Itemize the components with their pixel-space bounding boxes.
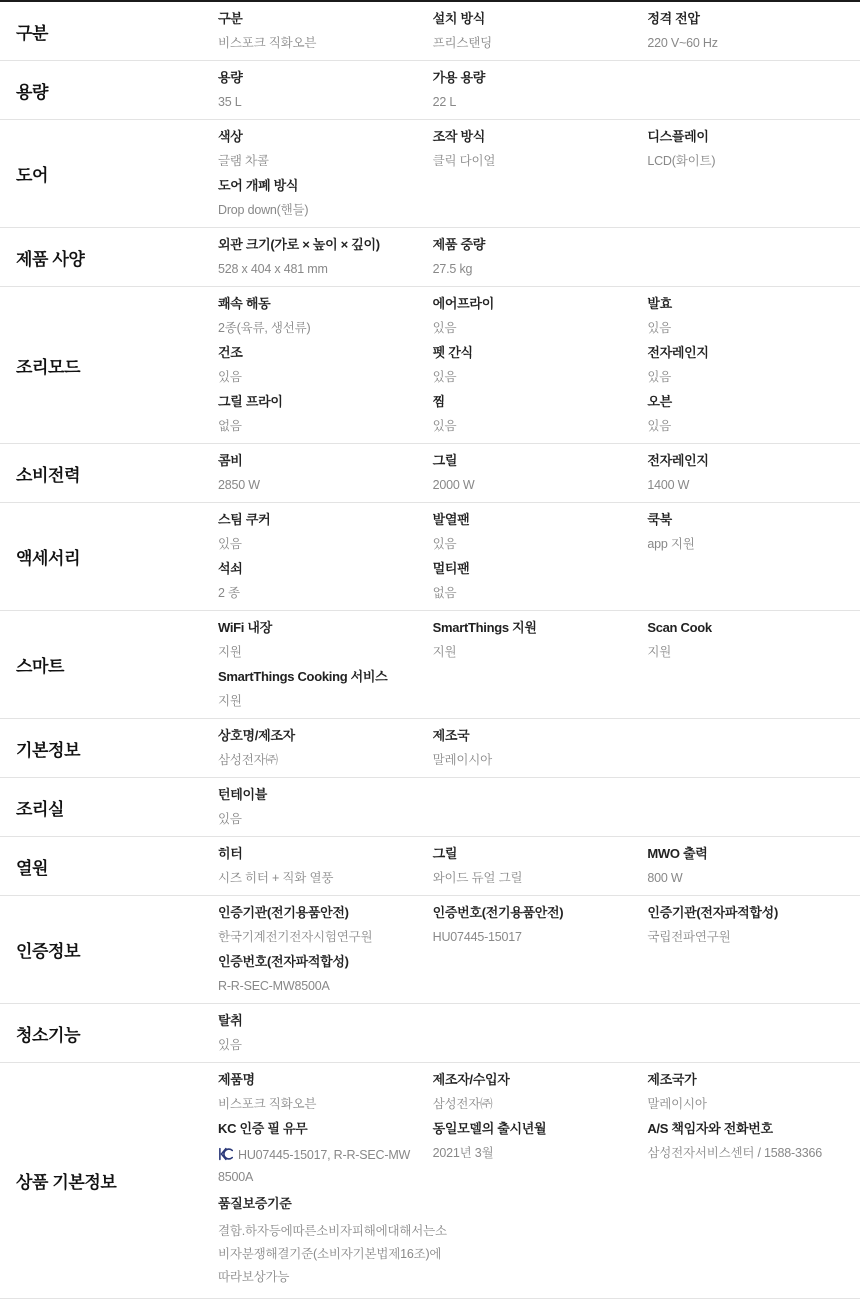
spec-label: A/S 책임자와 전화번호 xyxy=(647,1121,844,1137)
spec-label: 색상 xyxy=(218,129,415,145)
spec-section: 스마트WiFi 내장지원SmartThings 지원지원Scan Cook지원S… xyxy=(0,611,860,719)
spec-value: 시즈 히터 + 직화 열풍 xyxy=(218,870,415,886)
spec-cell: 조작 방식클릭 다이얼 xyxy=(433,129,630,169)
spec-value: 22 L xyxy=(433,94,630,110)
spec-row: 석쇠2 종멀티팬없음 xyxy=(218,561,844,601)
spec-value: 지원 xyxy=(218,644,415,660)
spec-row: 쾌속 해동2종(육류, 생선류)에어프라이있음발효있음 xyxy=(218,296,844,336)
spec-label: 정격 전압 xyxy=(647,11,844,27)
spec-label: 전자레인지 xyxy=(647,453,844,469)
spec-value-text: 지원 xyxy=(218,645,242,659)
spec-cell: 상호명/제조자삼성전자㈜ xyxy=(218,728,415,768)
spec-value-text: 말레이시아 xyxy=(433,753,492,767)
spec-label: 동일모델의 출시년월 xyxy=(433,1121,630,1137)
spec-section: 조리모드쾌속 해동2종(육류, 생선류)에어프라이있음발효있음건조있음펫 간식있… xyxy=(0,287,860,444)
spec-rows: 쾌속 해동2종(육류, 생선류)에어프라이있음발효있음건조있음펫 간식있음전자레… xyxy=(218,296,844,434)
spec-row: 그릴 프라이없음찜있음오븐있음 xyxy=(218,394,844,434)
spec-label: 석쇠 xyxy=(218,561,415,577)
spec-label: 탈취 xyxy=(218,1013,415,1029)
spec-cell: 정격 전압220 V~60 Hz xyxy=(647,11,844,51)
spec-label: 전자레인지 xyxy=(647,345,844,361)
spec-label: 제조국가 xyxy=(647,1072,844,1088)
category-label: 스마트 xyxy=(16,652,218,677)
spec-label: 히터 xyxy=(218,846,415,862)
spec-label: 용량 xyxy=(218,70,415,86)
spec-cell: WiFi 내장지원 xyxy=(218,620,415,660)
spec-value-text: 528 x 404 x 481 mm xyxy=(218,262,328,276)
spec-value-text: 2021년 3월 xyxy=(433,1146,494,1160)
spec-label: 상호명/제조자 xyxy=(218,728,415,744)
spec-value: 비스포크 직화오븐 xyxy=(218,1096,415,1112)
spec-value-text: app 지원 xyxy=(647,537,694,551)
spec-value: 결함.하자등에따른소비자피해에대해서는소 비자분쟁해결기준(소비자기본법제16조… xyxy=(218,1220,498,1289)
spec-cell: 그릴와이드 듀얼 그릴 xyxy=(433,846,630,886)
spec-value-text: 지원 xyxy=(647,645,671,659)
spec-cell: A/S 책임자와 전화번호삼성전자서비스센터 / 1588-3366 xyxy=(647,1121,844,1187)
spec-value: 있음 xyxy=(218,536,415,552)
spec-cell: 찜있음 xyxy=(433,394,630,434)
spec-rows: 스팀 쿠커있음발열팬있음쿡북app 지원석쇠2 종멀티팬없음 xyxy=(218,512,844,601)
spec-value: 없음 xyxy=(433,585,630,601)
spec-value: 한국기계전기전자시험연구원 xyxy=(218,929,415,945)
spec-rows: WiFi 내장지원SmartThings 지원지원Scan Cook지원Smar… xyxy=(218,620,844,709)
spec-label: 인증기관(전기용품안전) xyxy=(218,905,415,921)
spec-cell: 히터시즈 히터 + 직화 열풍 xyxy=(218,846,415,886)
spec-row: 상호명/제조자삼성전자㈜제조국말레이시아 xyxy=(218,728,844,768)
spec-value-text: 삼성전자서비스센터 / 1588-3366 xyxy=(647,1146,822,1160)
spec-label: 구분 xyxy=(218,11,415,27)
spec-value: 2021년 3월 xyxy=(433,1145,630,1161)
spec-label: 인증번호(전자파적합성) xyxy=(218,954,415,970)
category-label: 상품 기본정보 xyxy=(16,1168,218,1193)
spec-value-text: 지원 xyxy=(433,645,457,659)
spec-value: 1400 W xyxy=(647,477,844,493)
spec-rows: 외관 크기(가로 × 높이 × 깊이)528 x 404 x 481 mm제품 … xyxy=(218,237,844,277)
spec-cell: 펫 간식있음 xyxy=(433,345,630,385)
spec-cell: 가용 용량22 L xyxy=(433,70,630,110)
spec-value: R-R-SEC-MW8500A xyxy=(218,978,415,994)
spec-value-text: 있음 xyxy=(433,537,457,551)
spec-value: 지원 xyxy=(218,693,415,709)
spec-label: 인증기관(전자파적합성) xyxy=(647,905,844,921)
spec-cell: 건조있음 xyxy=(218,345,415,385)
spec-row: 구분비스포크 직화오븐설치 방식프리스탠딩정격 전압220 V~60 Hz xyxy=(218,11,844,51)
spec-cell: 설치 방식프리스탠딩 xyxy=(433,11,630,51)
spec-value-text: 800 W xyxy=(647,871,682,885)
spec-cell: 오븐있음 xyxy=(647,394,844,434)
spec-value-text: 220 V~60 Hz xyxy=(647,36,717,50)
spec-label: SmartThings 지원 xyxy=(433,620,630,636)
spec-value: 국립전파연구원 xyxy=(647,929,844,945)
category-label: 조리실 xyxy=(16,795,218,820)
spec-value-text: 삼성전자㈜ xyxy=(218,753,278,767)
spec-value: LCD(화이트) xyxy=(647,153,844,169)
spec-label: 펫 간식 xyxy=(433,345,630,361)
spec-label: 설치 방식 xyxy=(433,11,630,27)
spec-value-text: 말레이시아 xyxy=(647,1097,706,1111)
spec-section: 제품 사양외관 크기(가로 × 높이 × 깊이)528 x 404 x 481 … xyxy=(0,228,860,287)
spec-value-text: 시즈 히터 + 직화 열풍 xyxy=(218,871,333,885)
spec-label: 그릴 xyxy=(433,846,630,862)
spec-value: 220 V~60 Hz xyxy=(647,35,844,51)
spec-rows: 턴테이블있음 xyxy=(218,787,844,827)
spec-row: 제품명비스포크 직화오븐제조자/수입자삼성전자㈜제조국가말레이시아 xyxy=(218,1072,844,1112)
spec-value-text: 있음 xyxy=(647,370,671,384)
spec-cell: 동일모델의 출시년월2021년 3월 xyxy=(433,1121,630,1187)
spec-cell: 멀티팬없음 xyxy=(433,561,630,601)
spec-cell: KC 인증 필 유무HU07445-15017, R-R-SEC-MW8500A xyxy=(218,1121,415,1187)
spec-label: 쿡북 xyxy=(647,512,844,528)
spec-cell: 인증기관(전기용품안전)한국기계전기전자시험연구원 xyxy=(218,905,415,945)
spec-label: KC 인증 필 유무 xyxy=(218,1121,415,1137)
spec-value-text: 있음 xyxy=(218,370,242,384)
spec-value-text: 1400 W xyxy=(647,478,689,492)
spec-cell: 콤비2850 W xyxy=(218,453,415,493)
spec-value: 2 종 xyxy=(218,585,415,601)
category-label: 액세서리 xyxy=(16,544,218,569)
spec-row: 턴테이블있음 xyxy=(218,787,844,827)
spec-value-text: R-R-SEC-MW8500A xyxy=(218,979,330,993)
spec-value: 클릭 다이얼 xyxy=(433,153,630,169)
spec-value-text: 비스포크 직화오븐 xyxy=(218,1097,316,1111)
spec-label: 찜 xyxy=(433,394,630,410)
spec-value-text: LCD(화이트) xyxy=(647,154,715,168)
spec-value-text: 있음 xyxy=(433,419,457,433)
spec-section: 인증정보인증기관(전기용품안전)한국기계전기전자시험연구원인증번호(전기용품안전… xyxy=(0,896,860,1004)
spec-label: 에어프라이 xyxy=(433,296,630,312)
spec-value: 삼성전자서비스센터 / 1588-3366 xyxy=(647,1145,844,1161)
spec-label: 콤비 xyxy=(218,453,415,469)
spec-value: 있음 xyxy=(433,369,630,385)
spec-value-text: 결함.하자등에따른소비자피해에대해서는소 비자분쟁해결기준(소비자기본법제16조… xyxy=(218,1224,447,1284)
spec-section: 도어색상글램 차콜조작 방식클릭 다이얼디스플레이LCD(화이트)도어 개폐 방… xyxy=(0,120,860,228)
spec-rows: 용량35 L가용 용량22 L xyxy=(218,70,844,110)
spec-label: 발열팬 xyxy=(433,512,630,528)
spec-cell: SmartThings Cooking 서비스지원 xyxy=(218,669,415,709)
spec-cell: 외관 크기(가로 × 높이 × 깊이)528 x 404 x 481 mm xyxy=(218,237,415,277)
spec-cell: 스팀 쿠커있음 xyxy=(218,512,415,552)
spec-label: 외관 크기(가로 × 높이 × 깊이) xyxy=(218,237,415,253)
spec-row: SmartThings Cooking 서비스지원 xyxy=(218,669,844,709)
category-label: 구분 xyxy=(16,19,218,44)
spec-label: 오븐 xyxy=(647,394,844,410)
spec-value-text: 한국기계전기전자시험연구원 xyxy=(218,930,372,944)
spec-value: 있음 xyxy=(218,1037,415,1053)
spec-value: 있음 xyxy=(218,369,415,385)
spec-cell: 탈취있음 xyxy=(218,1013,415,1053)
spec-value-text: 국립전파연구원 xyxy=(647,930,730,944)
spec-section: 청소기능탈취있음 xyxy=(0,1004,860,1063)
spec-label: 도어 개폐 방식 xyxy=(218,178,415,194)
spec-value-text: 프리스탠딩 xyxy=(433,36,492,50)
spec-row: KC 인증 필 유무HU07445-15017, R-R-SEC-MW8500A… xyxy=(218,1121,844,1187)
spec-value: HU07445-15017, R-R-SEC-MW8500A xyxy=(218,1145,415,1187)
spec-section: 액세서리스팀 쿠커있음발열팬있음쿡북app 지원석쇠2 종멀티팬없음 xyxy=(0,503,860,611)
spec-value: 있음 xyxy=(433,536,630,552)
spec-value-text: 27.5 kg xyxy=(433,262,473,276)
spec-cell: SmartThings 지원지원 xyxy=(433,620,630,660)
spec-cell: 구분비스포크 직화오븐 xyxy=(218,11,415,51)
spec-label: Scan Cook xyxy=(647,620,844,636)
spec-cell: 도어 개폐 방식Drop down(핸들) xyxy=(218,178,415,218)
spec-cell: 제조자/수입자삼성전자㈜ xyxy=(433,1072,630,1112)
spec-label: MWO 출력 xyxy=(647,846,844,862)
spec-label: 제품명 xyxy=(218,1072,415,1088)
spec-row: 품질보증기준결함.하자등에따른소비자피해에대해서는소 비자분쟁해결기준(소비자기… xyxy=(218,1196,844,1289)
spec-label: 멀티팬 xyxy=(433,561,630,577)
spec-cell: 색상글램 차콜 xyxy=(218,129,415,169)
spec-value-text: 비스포크 직화오븐 xyxy=(218,36,316,50)
spec-value-text: 있음 xyxy=(433,370,457,384)
spec-row: 도어 개폐 방식Drop down(핸들) xyxy=(218,178,844,218)
spec-row: 탈취있음 xyxy=(218,1013,844,1053)
spec-value: 800 W xyxy=(647,870,844,886)
spec-value: 있음 xyxy=(218,811,415,827)
spec-row: 색상글램 차콜조작 방식클릭 다이얼디스플레이LCD(화이트) xyxy=(218,129,844,169)
spec-value-text: 글램 차콜 xyxy=(218,154,269,168)
spec-value-text: 2 종 xyxy=(218,586,240,600)
spec-label: 품질보증기준 xyxy=(218,1196,415,1212)
spec-label: WiFi 내장 xyxy=(218,620,415,636)
spec-value: 있음 xyxy=(433,418,630,434)
spec-table: 구분구분비스포크 직화오븐설치 방식프리스탠딩정격 전압220 V~60 Hz용… xyxy=(0,2,860,1299)
spec-section: 열원히터시즈 히터 + 직화 열풍그릴와이드 듀얼 그릴MWO 출력800 W xyxy=(0,837,860,896)
spec-label: SmartThings Cooking 서비스 xyxy=(218,669,415,685)
spec-section: 기본정보상호명/제조자삼성전자㈜제조국말레이시아 xyxy=(0,719,860,778)
spec-value-text: 2종(육류, 생선류) xyxy=(218,321,310,335)
spec-row: 건조있음펫 간식있음전자레인지있음 xyxy=(218,345,844,385)
spec-value: 프리스탠딩 xyxy=(433,35,630,51)
category-label: 소비전력 xyxy=(16,461,218,486)
category-label: 열원 xyxy=(16,854,218,879)
spec-row: 히터시즈 히터 + 직화 열풍그릴와이드 듀얼 그릴MWO 출력800 W xyxy=(218,846,844,886)
category-label: 용량 xyxy=(16,78,218,103)
spec-value: 없음 xyxy=(218,418,415,434)
spec-cell: 품질보증기준결함.하자등에따른소비자피해에대해서는소 비자분쟁해결기준(소비자기… xyxy=(218,1196,415,1289)
spec-cell: 그릴2000 W xyxy=(433,453,630,493)
spec-label: 인증번호(전기용품안전) xyxy=(433,905,630,921)
spec-value: 27.5 kg xyxy=(433,261,630,277)
spec-cell: 에어프라이있음 xyxy=(433,296,630,336)
spec-label: 디스플레이 xyxy=(647,129,844,145)
spec-label: 그릴 xyxy=(433,453,630,469)
product-spec-page: 구분구분비스포크 직화오븐설치 방식프리스탠딩정격 전압220 V~60 Hz용… xyxy=(0,0,860,1299)
spec-label: 건조 xyxy=(218,345,415,361)
category-label: 청소기능 xyxy=(16,1021,218,1046)
spec-row: 인증번호(전자파적합성)R-R-SEC-MW8500A xyxy=(218,954,844,994)
spec-value: 비스포크 직화오븐 xyxy=(218,35,415,51)
spec-cell: 인증기관(전자파적합성)국립전파연구원 xyxy=(647,905,844,945)
spec-section: 조리실턴테이블있음 xyxy=(0,778,860,837)
spec-value-text: 있음 xyxy=(433,321,457,335)
spec-cell: 쿡북app 지원 xyxy=(647,512,844,552)
spec-value: app 지원 xyxy=(647,536,844,552)
spec-label: 제조자/수입자 xyxy=(433,1072,630,1088)
category-label: 제품 사양 xyxy=(16,245,218,270)
spec-value-text: 와이드 듀얼 그릴 xyxy=(433,871,523,885)
spec-label: 가용 용량 xyxy=(433,70,630,86)
category-label: 도어 xyxy=(16,161,218,186)
spec-label: 스팀 쿠커 xyxy=(218,512,415,528)
spec-value-text: 없음 xyxy=(218,419,242,433)
spec-value: 삼성전자㈜ xyxy=(433,1096,630,1112)
spec-value-text: 2000 W xyxy=(433,478,475,492)
spec-value-text: 있음 xyxy=(218,537,242,551)
spec-row: 스팀 쿠커있음발열팬있음쿡북app 지원 xyxy=(218,512,844,552)
spec-value-text: 2850 W xyxy=(218,478,260,492)
spec-value-text: 35 L xyxy=(218,95,242,109)
spec-value: 지원 xyxy=(647,644,844,660)
spec-value: 528 x 404 x 481 mm xyxy=(218,261,415,277)
spec-cell: MWO 출력800 W xyxy=(647,846,844,886)
spec-value-text: 삼성전자㈜ xyxy=(433,1097,493,1111)
spec-rows: 인증기관(전기용품안전)한국기계전기전자시험연구원인증번호(전기용품안전)HU0… xyxy=(218,905,844,994)
spec-label: 그릴 프라이 xyxy=(218,394,415,410)
spec-value-text: 있음 xyxy=(218,1038,242,1052)
spec-value-text: 있음 xyxy=(647,321,671,335)
spec-row: 용량35 L가용 용량22 L xyxy=(218,70,844,110)
spec-value: 있음 xyxy=(647,320,844,336)
spec-value: 있음 xyxy=(433,320,630,336)
spec-cell: 전자레인지있음 xyxy=(647,345,844,385)
spec-value: 글램 차콜 xyxy=(218,153,415,169)
spec-value-text: 클릭 다이얼 xyxy=(433,154,496,168)
spec-label: 조작 방식 xyxy=(433,129,630,145)
spec-cell: 석쇠2 종 xyxy=(218,561,415,601)
spec-value: Drop down(핸들) xyxy=(218,202,415,218)
spec-value-text: 22 L xyxy=(433,95,457,109)
spec-value-text: 있음 xyxy=(647,419,671,433)
spec-cell: 용량35 L xyxy=(218,70,415,110)
spec-cell: 디스플레이LCD(화이트) xyxy=(647,129,844,169)
spec-row: WiFi 내장지원SmartThings 지원지원Scan Cook지원 xyxy=(218,620,844,660)
spec-value: 있음 xyxy=(647,418,844,434)
spec-cell: 턴테이블있음 xyxy=(218,787,415,827)
spec-rows: 히터시즈 히터 + 직화 열풍그릴와이드 듀얼 그릴MWO 출력800 W xyxy=(218,846,844,886)
spec-rows: 탈취있음 xyxy=(218,1013,844,1053)
spec-value-text: 없음 xyxy=(433,586,457,600)
spec-value-text: HU07445-15017 xyxy=(433,930,522,944)
spec-section: 소비전력콤비2850 W그릴2000 W전자레인지1400 W xyxy=(0,444,860,503)
spec-value: 삼성전자㈜ xyxy=(218,752,415,768)
spec-value: 말레이시아 xyxy=(433,752,630,768)
spec-rows: 색상글램 차콜조작 방식클릭 다이얼디스플레이LCD(화이트)도어 개폐 방식D… xyxy=(218,129,844,218)
spec-value: 35 L xyxy=(218,94,415,110)
spec-cell: 제조국말레이시아 xyxy=(433,728,630,768)
spec-rows: 상호명/제조자삼성전자㈜제조국말레이시아 xyxy=(218,728,844,768)
spec-value: 말레이시아 xyxy=(647,1096,844,1112)
spec-value-text: Drop down(핸들) xyxy=(218,203,308,217)
spec-label: 쾌속 해동 xyxy=(218,296,415,312)
spec-section: 상품 기본정보제품명비스포크 직화오븐제조자/수입자삼성전자㈜제조국가말레이시아… xyxy=(0,1063,860,1299)
spec-cell: 제품 중량27.5 kg xyxy=(433,237,630,277)
category-label: 인증정보 xyxy=(16,937,218,962)
spec-section: 용량용량35 L가용 용량22 L xyxy=(0,61,860,120)
spec-label: 턴테이블 xyxy=(218,787,415,803)
spec-value: 2종(육류, 생선류) xyxy=(218,320,415,336)
spec-cell: 인증번호(전자파적합성)R-R-SEC-MW8500A xyxy=(218,954,415,994)
spec-cell: 발효있음 xyxy=(647,296,844,336)
spec-cell: Scan Cook지원 xyxy=(647,620,844,660)
spec-rows: 콤비2850 W그릴2000 W전자레인지1400 W xyxy=(218,453,844,493)
spec-value: 와이드 듀얼 그릴 xyxy=(433,870,630,886)
spec-value: 2850 W xyxy=(218,477,415,493)
category-label: 기본정보 xyxy=(16,736,218,761)
spec-row: 콤비2850 W그릴2000 W전자레인지1400 W xyxy=(218,453,844,493)
spec-label: 발효 xyxy=(647,296,844,312)
spec-value: 지원 xyxy=(433,644,630,660)
spec-rows: 구분비스포크 직화오븐설치 방식프리스탠딩정격 전압220 V~60 Hz xyxy=(218,11,844,51)
spec-cell: 발열팬있음 xyxy=(433,512,630,552)
spec-value-text: 지원 xyxy=(218,694,242,708)
spec-cell: 그릴 프라이없음 xyxy=(218,394,415,434)
spec-cell: 인증번호(전기용품안전)HU07445-15017 xyxy=(433,905,630,945)
spec-cell: 쾌속 해동2종(육류, 생선류) xyxy=(218,296,415,336)
spec-cell: 전자레인지1400 W xyxy=(647,453,844,493)
spec-row: 외관 크기(가로 × 높이 × 깊이)528 x 404 x 481 mm제품 … xyxy=(218,237,844,277)
spec-rows: 제품명비스포크 직화오븐제조자/수입자삼성전자㈜제조국가말레이시아KC 인증 필… xyxy=(218,1072,844,1289)
spec-value: HU07445-15017 xyxy=(433,929,630,945)
spec-section: 구분구분비스포크 직화오븐설치 방식프리스탠딩정격 전압220 V~60 Hz xyxy=(0,2,860,61)
spec-value: 있음 xyxy=(647,369,844,385)
spec-label: 제품 중량 xyxy=(433,237,630,253)
spec-row: 인증기관(전기용품안전)한국기계전기전자시험연구원인증번호(전기용품안전)HU0… xyxy=(218,905,844,945)
spec-label: 제조국 xyxy=(433,728,630,744)
spec-value-text: 있음 xyxy=(218,812,242,826)
spec-cell: 제조국가말레이시아 xyxy=(647,1072,844,1112)
kc-certification-mark-icon xyxy=(218,1147,233,1167)
spec-value: 2000 W xyxy=(433,477,630,493)
spec-value-text: HU07445-15017, R-R-SEC-MW8500A xyxy=(218,1148,410,1184)
category-label: 조리모드 xyxy=(16,353,218,378)
spec-cell: 제품명비스포크 직화오븐 xyxy=(218,1072,415,1112)
